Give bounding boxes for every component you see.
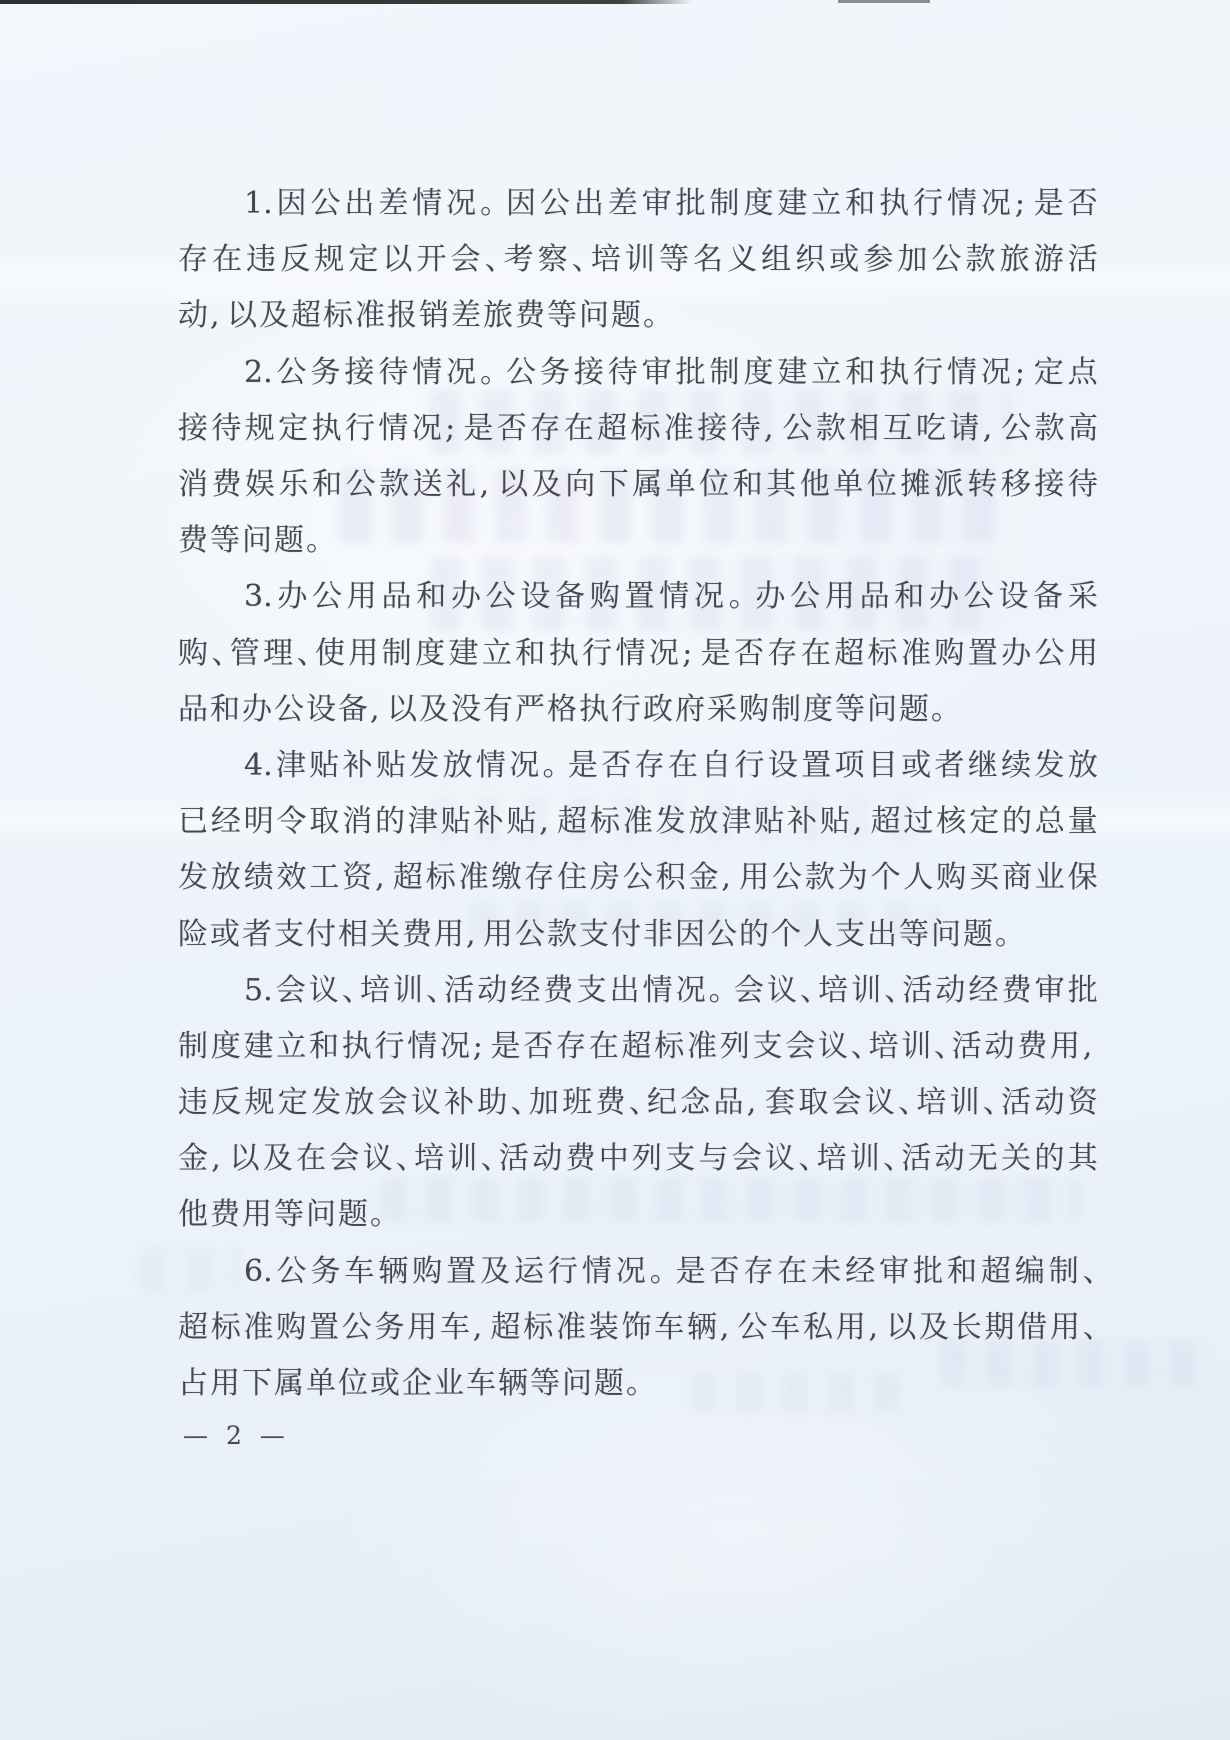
text-line: 2.公务接待情况。公务接待审批制度建立和执行情况;定点 xyxy=(178,345,1098,401)
text-line: 存在违反规定以开会、考察、培训等名义组织或参加公款旅游活 xyxy=(178,232,1098,288)
page-number: — 2 — xyxy=(183,1421,290,1450)
text-line: 动,以及超标准报销差旅费等问题。 xyxy=(178,288,1098,344)
text-line: 接待规定执行情况;是否存在超标准接待,公款相互吃请,公款高 xyxy=(178,401,1098,457)
text-line: 发放绩效工资,超标准缴存住房公积金,用公款为个人购买商业保 xyxy=(178,850,1098,906)
paragraph-5: 5.会议、培训、活动经费支出情况。会议、培训、活动经费审批制度建立和执行情况;是… xyxy=(178,963,1098,1244)
text-line: 违反规定发放会议补助、加班费、纪念品,套取会议、培训、活动资 xyxy=(178,1075,1098,1131)
paragraph-1: 1.因公出差情况。因公出差审批制度建立和执行情况;是否存在违反规定以开会、考察、… xyxy=(178,176,1098,345)
text-line: 3.办公用品和办公设备购置情况。办公用品和办公设备采 xyxy=(178,569,1098,625)
text-line: 金,以及在会议、培训、活动费中列支与会议、培训、活动无关的其 xyxy=(178,1131,1098,1187)
text-line: 消费娱乐和公款送礼,以及向下属单位和其他单位摊派转移接待 xyxy=(178,457,1098,513)
paragraph-2: 2.公务接待情况。公务接待审批制度建立和执行情况;定点接待规定执行情况;是否存在… xyxy=(178,345,1098,570)
scanned-document-page: 1.因公出差情况。因公出差审批制度建立和执行情况;是否存在违反规定以开会、考察、… xyxy=(0,0,1230,1740)
text-line: 4.津贴补贴发放情况。是否存在自行设置项目或者继续发放 xyxy=(178,738,1098,794)
text-line: 制度建立和执行情况;是否存在超标准列支会议、培训、活动费用, xyxy=(178,1019,1098,1075)
text-line: 占用下属单位或企业车辆等问题。 xyxy=(178,1356,1098,1412)
text-line: 6.公务车辆购置及运行情况。是否存在未经审批和超编制、 xyxy=(178,1244,1098,1300)
text-line: 5.会议、培训、活动经费支出情况。会议、培训、活动经费审批 xyxy=(178,963,1098,1019)
paragraph-6: 6.公务车辆购置及运行情况。是否存在未经审批和超编制、超标准购置公务用车,超标准… xyxy=(178,1244,1098,1413)
paragraph-4: 4.津贴补贴发放情况。是否存在自行设置项目或者继续发放已经明令取消的津贴补贴,超… xyxy=(178,738,1098,963)
scan-edge-line xyxy=(0,0,692,4)
paragraph-3: 3.办公用品和办公设备购置情况。办公用品和办公设备采购、管理、使用制度建立和执行… xyxy=(178,569,1098,738)
text-line: 已经明令取消的津贴补贴,超标准发放津贴补贴,超过核定的总量 xyxy=(178,794,1098,850)
text-line: 购、管理、使用制度建立和执行情况;是否存在超标准购置办公用 xyxy=(178,626,1098,682)
text-line: 超标准购置公务用车,超标准装饰车辆,公车私用,以及长期借用、 xyxy=(178,1300,1098,1356)
text-block: 1.因公出差情况。因公出差审批制度建立和执行情况;是否存在违反规定以开会、考察、… xyxy=(178,176,1098,1412)
text-line: 费等问题。 xyxy=(178,513,1098,569)
scan-edge-line-fragment xyxy=(838,0,930,3)
text-line: 1.因公出差情况。因公出差审批制度建立和执行情况;是否 xyxy=(178,176,1098,232)
text-line: 险或者支付相关费用,用公款支付非因公的个人支出等问题。 xyxy=(178,906,1098,962)
text-line: 他费用等问题。 xyxy=(178,1187,1098,1243)
text-line: 品和办公设备,以及没有严格执行政府采购制度等问题。 xyxy=(178,682,1098,738)
